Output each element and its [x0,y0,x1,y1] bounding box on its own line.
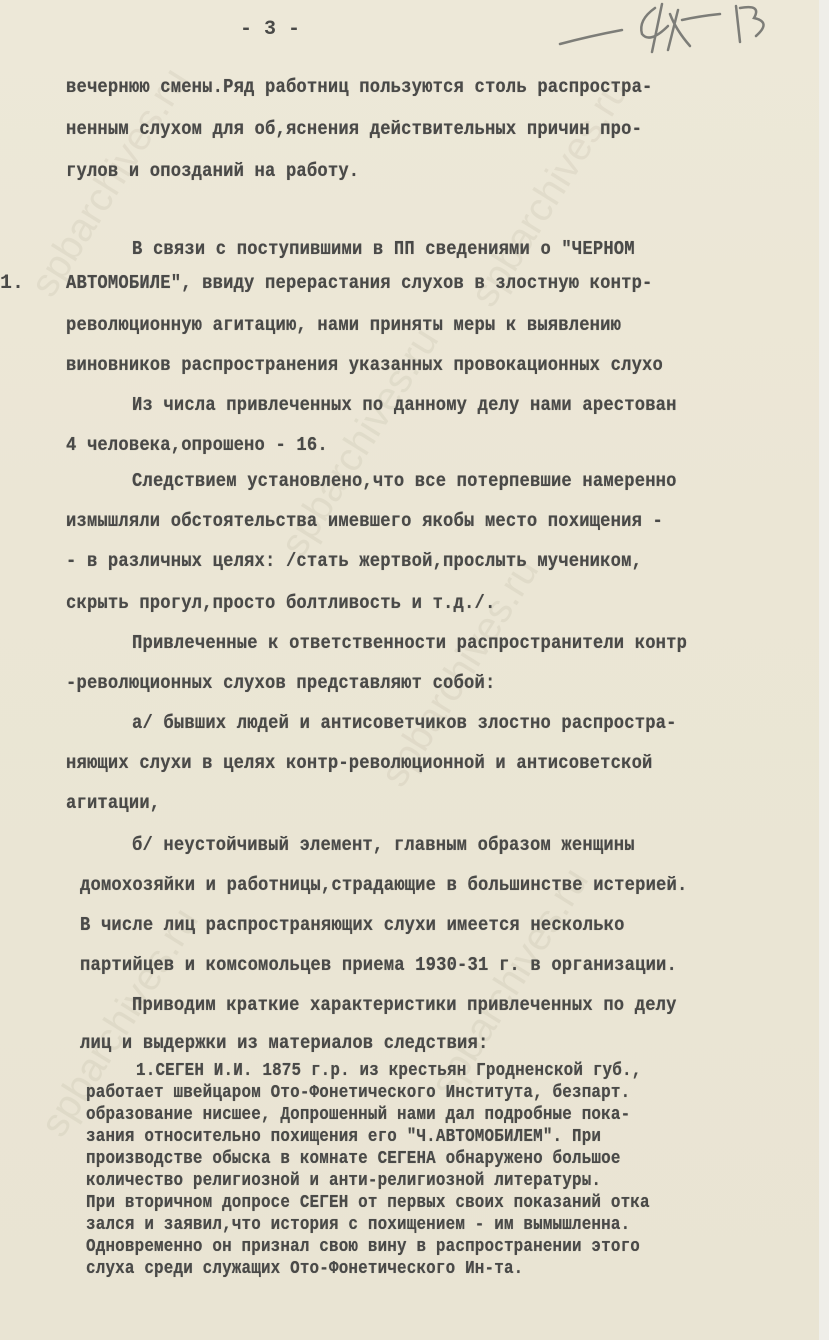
text-line: вечернюю смены.Ряд работниц пользуются с… [66,76,653,98]
text-line: Привлеченные к ответственности распростр… [132,632,687,654]
text-line: ненным слухом для об,яснения действитель… [66,118,642,140]
text-line-small: слуха среди служащих Ото-Фонетического И… [86,1260,523,1279]
text-line: В связи с поступившими в ПП сведениями о… [132,238,635,260]
text-line-small: количество религиозной и анти-религиозно… [86,1172,601,1191]
handwritten-signature-icon [550,0,790,60]
text-line: -революционных слухов представляют собой… [66,672,495,694]
text-line: б/ неустойчивый элемент, главным образом… [132,834,635,856]
text-line: 4 человека,опрошено - 16. [66,434,328,456]
text-line: В числе лиц распространяющих слухи имеет… [80,914,625,936]
text-line: Следствием установлено,что все потерпевш… [132,470,677,492]
text-line: няющих слухи в целях контр-революционной… [66,752,653,774]
text-line: партийцев и комсомольцев приема 1930-31 … [80,954,677,976]
text-line-small: Одновременно он признал свою вину в расп… [86,1238,640,1257]
text-line: Из числа привлеченных по данному делу на… [132,394,677,416]
text-line-small: производстве обыска в комнате СЕГЕНА обн… [86,1150,621,1169]
text-line-small: зания относительно похищения его "Ч.АВТО… [86,1128,601,1147]
scan-edge [819,0,829,1340]
text-line: Приводим краткие характеристики привлече… [132,994,677,1016]
page-number: - 3 - [240,18,300,41]
text-line: - в различных целях: /стать жертвой,прос… [66,550,642,572]
margin-mark: 1. [0,272,24,295]
text-line: виновников распространения указанных про… [66,354,663,376]
text-line: лиц и выдержки из материалов следствия: [80,1032,488,1054]
text-line-small: При вторичном допросе СЕГЕН от первых св… [86,1194,650,1213]
text-line: АВТОМОБИЛЕ", ввиду перерастания слухов в… [66,272,653,294]
text-line-small: 1.СЕГЕН И.И. 1875 г.р. из крестьян Гродн… [136,1062,641,1081]
text-line: скрыть прогул,просто болтливость и т.д./… [66,592,495,614]
text-line-small: зался и заявил,что история с похищением … [86,1216,630,1235]
text-line: а/ бывших людей и антисоветчиков злостно… [132,712,677,734]
text-line: измышляли обстоятельства имевшего якобы … [66,510,663,532]
text-line-small: работает швейцаром Ото-Фонетического Инс… [86,1084,630,1103]
text-line: домохозяйки и работницы,страдающие в бол… [80,874,687,896]
text-line-small: образование нисшее, Допрошенный нами дал… [86,1106,630,1125]
text-line: агитации, [66,792,160,814]
text-line: гулов и опозданий на работу. [66,160,359,182]
text-line: революционную агитацию, нами приняты мер… [66,314,621,336]
